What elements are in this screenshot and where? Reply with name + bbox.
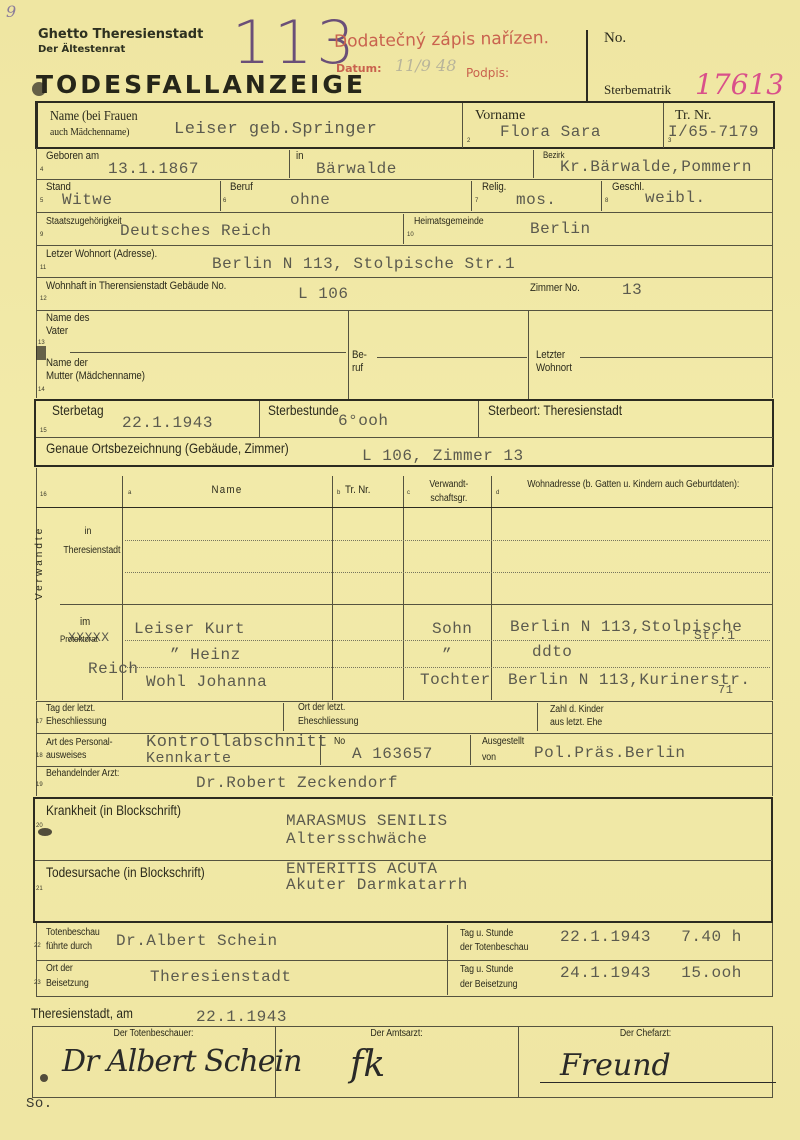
- group-line: [60, 604, 772, 605]
- totenbeschau-time-value: 22.1.1943 7.40 h: [560, 928, 742, 946]
- sterbetag-value: 22.1.1943: [122, 414, 213, 432]
- geboren-value: 13.1.1867: [108, 160, 199, 178]
- dotted-line: [125, 540, 770, 541]
- relative-address: ddto: [532, 643, 572, 661]
- wohnhaft-label: Wohnhaft in Therensienstadt Gebäude No.: [46, 280, 226, 294]
- divider: [470, 735, 471, 765]
- ausgestellt-label-1: Ausgestellt: [482, 736, 524, 749]
- dotted-line: [125, 640, 770, 641]
- letzter-wohnort-label: Letzer Wohnort (Adresse).: [46, 248, 157, 262]
- parents-beruf-label-1: Be-: [352, 349, 367, 363]
- relative-address: Berlin N 113,Kurinerstr.: [508, 671, 750, 689]
- field-number: 19: [36, 782, 43, 788]
- name-value: Leiser geb.Springer: [174, 120, 377, 139]
- org-name: Ghetto Theresienstadt: [38, 27, 203, 42]
- wohnhaft-value: L 106: [298, 285, 349, 303]
- field-number: 8: [605, 198, 608, 204]
- totenbeschau-time-label-1: Tag u. Stunde: [460, 928, 513, 941]
- trnr-label: Tr. Nr.: [675, 108, 711, 124]
- marriage-ort-label-2: Eheschliessung: [298, 716, 358, 729]
- row-line: [36, 310, 773, 311]
- field-number: 12: [40, 296, 47, 302]
- sig-amtsarzt-label: Der Amtsarzt:: [290, 1028, 504, 1041]
- relative-address-extra: Str.1: [694, 628, 736, 643]
- field-number: 4: [40, 167, 43, 173]
- zimmer-value: 13: [622, 281, 642, 299]
- divider: [220, 181, 221, 211]
- punch-hole-icon: [40, 1074, 48, 1082]
- beisetzung-time-label-1: Tag u. Stunde: [460, 964, 513, 977]
- krankheit-value-2: Altersschwäche: [286, 830, 427, 848]
- dotted-line: [125, 667, 770, 668]
- row-line: [36, 277, 773, 278]
- todesursache-value-2: Akuter Darmkatarrh: [286, 876, 468, 894]
- group-protektorat-label: Protektorat: [60, 634, 98, 645]
- row-line: [70, 352, 346, 353]
- in-value: Bärwalde: [316, 160, 397, 178]
- beisetzung-label-2: Beisetzung: [46, 978, 89, 991]
- row-line: [36, 179, 773, 180]
- beruf-value: ohne: [290, 191, 330, 209]
- grid-left-border: [36, 148, 37, 398]
- letzter-wohnort-value: Berlin N 113, Stolpische Str.1: [212, 255, 515, 273]
- heimatsgemeinde-label: Heimatsgemeinde: [414, 216, 484, 229]
- vater-label-1: Name des: [46, 312, 89, 326]
- divider: [533, 150, 534, 178]
- row-line: [36, 245, 773, 246]
- field-number: 9: [40, 232, 43, 238]
- field-number: 18: [36, 753, 43, 759]
- ausweis-no-value: A 163657: [352, 745, 433, 763]
- krankheit-value-1: MARASMUS SENILIS: [286, 812, 448, 830]
- ausgestellt-label-2: von: [482, 752, 496, 765]
- punch-hole-icon: [38, 828, 52, 836]
- name-box: [35, 101, 775, 149]
- grid-right-border: [772, 148, 773, 398]
- sig-totenbeschauer-label: Der Totenbeschauer:: [47, 1028, 261, 1041]
- mutter-label-2: Mutter (Mädchenname): [46, 370, 145, 384]
- beisetzung-time-value: 24.1.1943 15.ooh: [560, 964, 742, 982]
- divider: [518, 1026, 519, 1098]
- relative-relation: Tochter: [420, 671, 491, 689]
- totenbeschau-time-label-2: der Totenbeschau: [460, 942, 528, 955]
- row-line: [36, 212, 773, 213]
- totenbeschau-value: Dr.Albert Schein: [116, 932, 278, 950]
- name-label-1: Name (bei Frauen: [50, 108, 138, 126]
- row-line: [36, 437, 773, 438]
- ausweis-label-2: ausweises: [46, 750, 86, 763]
- sig-underline: [540, 1082, 776, 1083]
- row-line: [580, 357, 772, 358]
- staatszugehoerigkeit-label: Staatszugehörigkeit: [46, 216, 122, 229]
- stamp-text: Dodatečný zápis nařízen.: [334, 28, 549, 52]
- sterbeort-label: Sterbeort: Theresienstadt: [488, 402, 622, 418]
- col-letter: c: [407, 490, 410, 496]
- staatszugehoerigkeit-value: Deutsches Reich: [120, 222, 272, 240]
- todesursache-label: Todesursache (in Blockschrift): [46, 864, 205, 880]
- ausweis-value-2: Kennkarte: [146, 750, 232, 767]
- divider: [320, 735, 321, 765]
- relative-name: ” Heinz: [170, 646, 241, 664]
- punch-hole-icon: [32, 82, 46, 96]
- dotted-line: [125, 572, 770, 573]
- field-number: 22: [34, 943, 41, 949]
- vorname-label: Vorname: [475, 108, 525, 124]
- row-line: [36, 996, 773, 997]
- divider: [462, 103, 463, 148]
- marriage-kinder-label-1: Zahl d. Kinder: [550, 704, 604, 717]
- no-label: No.: [604, 30, 626, 47]
- beisetzung-label-1: Ort der: [46, 963, 73, 976]
- table-right-border: [772, 468, 773, 700]
- divider: [601, 181, 602, 211]
- marriage-kinder-label-2: aus letzt. Ehe: [550, 717, 602, 730]
- header-divider: [586, 30, 588, 102]
- sig-amtsarzt: fk: [350, 1044, 385, 1085]
- row-line: [36, 766, 773, 767]
- name-label-2: auch Mädchenname): [50, 126, 129, 140]
- row-line: [377, 357, 527, 358]
- divider: [663, 103, 664, 148]
- sterbematrik-value: 17613: [695, 68, 784, 101]
- arzt-value: Dr.Robert Zeckendorf: [196, 774, 398, 792]
- field-number: 14: [38, 387, 45, 393]
- sig-totenbeschauer: Dr Albert Schein: [62, 1044, 301, 1079]
- verwandte-side-label: Verwandte: [34, 526, 45, 600]
- divider: [478, 401, 479, 437]
- col-header-address: Wohnadresse (b. Gatten u. Kindern auch G…: [510, 478, 756, 492]
- totenbeschau-label-2: führte durch: [46, 941, 92, 954]
- parents-wohnort-label-1: Letzter: [536, 349, 565, 363]
- heimatsgemeinde-value: Berlin: [530, 220, 591, 238]
- ausgestellt-value: Pol.Präs.Berlin: [534, 744, 686, 762]
- beruf-label: Beruf: [230, 181, 253, 195]
- group-theresienstadt-label: in Theresienstadt: [63, 522, 112, 560]
- sig-chefarzt: Freund: [560, 1048, 671, 1083]
- divider: [283, 703, 284, 731]
- initials: So.: [26, 1096, 53, 1112]
- field-number: 15: [40, 428, 47, 434]
- relative-relation: Sohn: [432, 620, 472, 638]
- col-header-trnr: Tr. Nr.: [345, 484, 370, 498]
- in-label: in: [296, 150, 303, 164]
- field-number: 5: [40, 198, 43, 204]
- mutter-label-1: Name der: [46, 357, 88, 371]
- ausweis-no-label: No: [334, 736, 345, 749]
- ausweis-label-1: Art des Personal-: [46, 737, 112, 750]
- field-number: 2: [467, 138, 470, 144]
- sterbetag-label: Sterbetag: [52, 402, 104, 418]
- marriage-tag-label-1: Tag der letzt.: [46, 703, 95, 716]
- divider: [528, 311, 529, 399]
- divider: [259, 401, 260, 437]
- geboren-label: Geboren am: [46, 150, 99, 164]
- relative-name: Wohl Johanna: [146, 673, 267, 691]
- header-line: [36, 507, 773, 508]
- stamp-podpis-label: Podpis:: [466, 66, 509, 80]
- stand-value: Witwe: [62, 191, 113, 209]
- geschl-label: Geschl.: [612, 181, 644, 195]
- col-letter: d: [496, 490, 499, 496]
- divider: [348, 311, 349, 399]
- ortsbezeichnung-value: L 106, Zimmer 13: [362, 447, 524, 465]
- sig-chefarzt-label: Der Chefarzt:: [533, 1028, 757, 1041]
- col-header-relation: Verwandt-schaftsgr.: [418, 478, 480, 505]
- relig-label: Relig.: [482, 181, 506, 195]
- beisetzung-time-label-2: der Beisetzung: [460, 979, 517, 992]
- zimmer-label: Zimmer No.: [530, 282, 580, 296]
- divider: [471, 181, 472, 211]
- parents-beruf-label-2: ruf: [352, 362, 363, 376]
- totenbeschau-label-1: Totenbeschau: [46, 927, 100, 940]
- sterbestunde-label: Sterbestunde: [268, 402, 339, 418]
- corner-mark: 9: [6, 2, 16, 21]
- col-letter: b: [337, 490, 340, 496]
- stamp-datum-value: 11/9 48: [395, 56, 456, 75]
- field-number: 23: [34, 980, 41, 986]
- divider: [537, 703, 538, 731]
- marriage-ort-label-1: Ort der letzt.: [298, 702, 345, 715]
- relig-value: mos.: [516, 191, 556, 209]
- field-number: 10: [407, 232, 414, 238]
- vorname-value: Flora Sara: [500, 123, 601, 141]
- arzt-label: Behandelnder Arzt:: [46, 768, 119, 781]
- trnr-value: I/65-7179: [668, 123, 759, 141]
- divider: [403, 214, 404, 244]
- ortsbezeichnung-label: Genaue Ortsbezeichnung (Gebäude, Zimmer): [46, 440, 289, 456]
- relative-address-extra: 71: [718, 683, 733, 697]
- field-number: 17: [36, 719, 43, 725]
- row-line: [36, 960, 773, 961]
- field-number: 6: [223, 198, 226, 204]
- relative-name: Leiser Kurt: [134, 620, 245, 638]
- field-number: 16: [40, 492, 47, 498]
- col-letter: a: [128, 490, 131, 496]
- col-header-name: Name: [135, 484, 320, 498]
- sterbematrik-label: Sterbematrik: [604, 82, 671, 98]
- row-line: [36, 701, 773, 702]
- stamp-datum-label: Datum:: [336, 62, 382, 75]
- parents-wohnort-label-2: Wohnort: [536, 362, 572, 376]
- punch-hole-icon: [36, 346, 46, 360]
- krankheit-label: Krankheit (in Blockschrift): [46, 802, 181, 818]
- vater-label-2: Vater: [46, 325, 68, 339]
- group-im-label: im: [80, 616, 90, 630]
- beisetzung-value: Theresienstadt: [150, 968, 291, 986]
- group-reich-label: Reich: [88, 660, 139, 678]
- field-number: 11: [40, 265, 46, 271]
- field-number: 21: [36, 886, 43, 892]
- marriage-tag-label-2: Eheschliessung: [46, 716, 106, 729]
- place-date-value: 22.1.1943: [196, 1008, 287, 1026]
- sterbestunde-value: 6°ooh: [338, 412, 389, 430]
- org-subtitle: Der Ältestenrat: [38, 44, 125, 55]
- geschl-value: weibl.: [645, 189, 706, 207]
- bezirk-value: Kr.Bärwalde,Pommern: [560, 158, 752, 176]
- relative-relation: ”: [442, 646, 452, 664]
- right-border: [772, 701, 773, 796]
- divider: [289, 150, 290, 178]
- place-date-label: Theresienstadt, am: [31, 1005, 133, 1021]
- field-number: 7: [475, 198, 478, 204]
